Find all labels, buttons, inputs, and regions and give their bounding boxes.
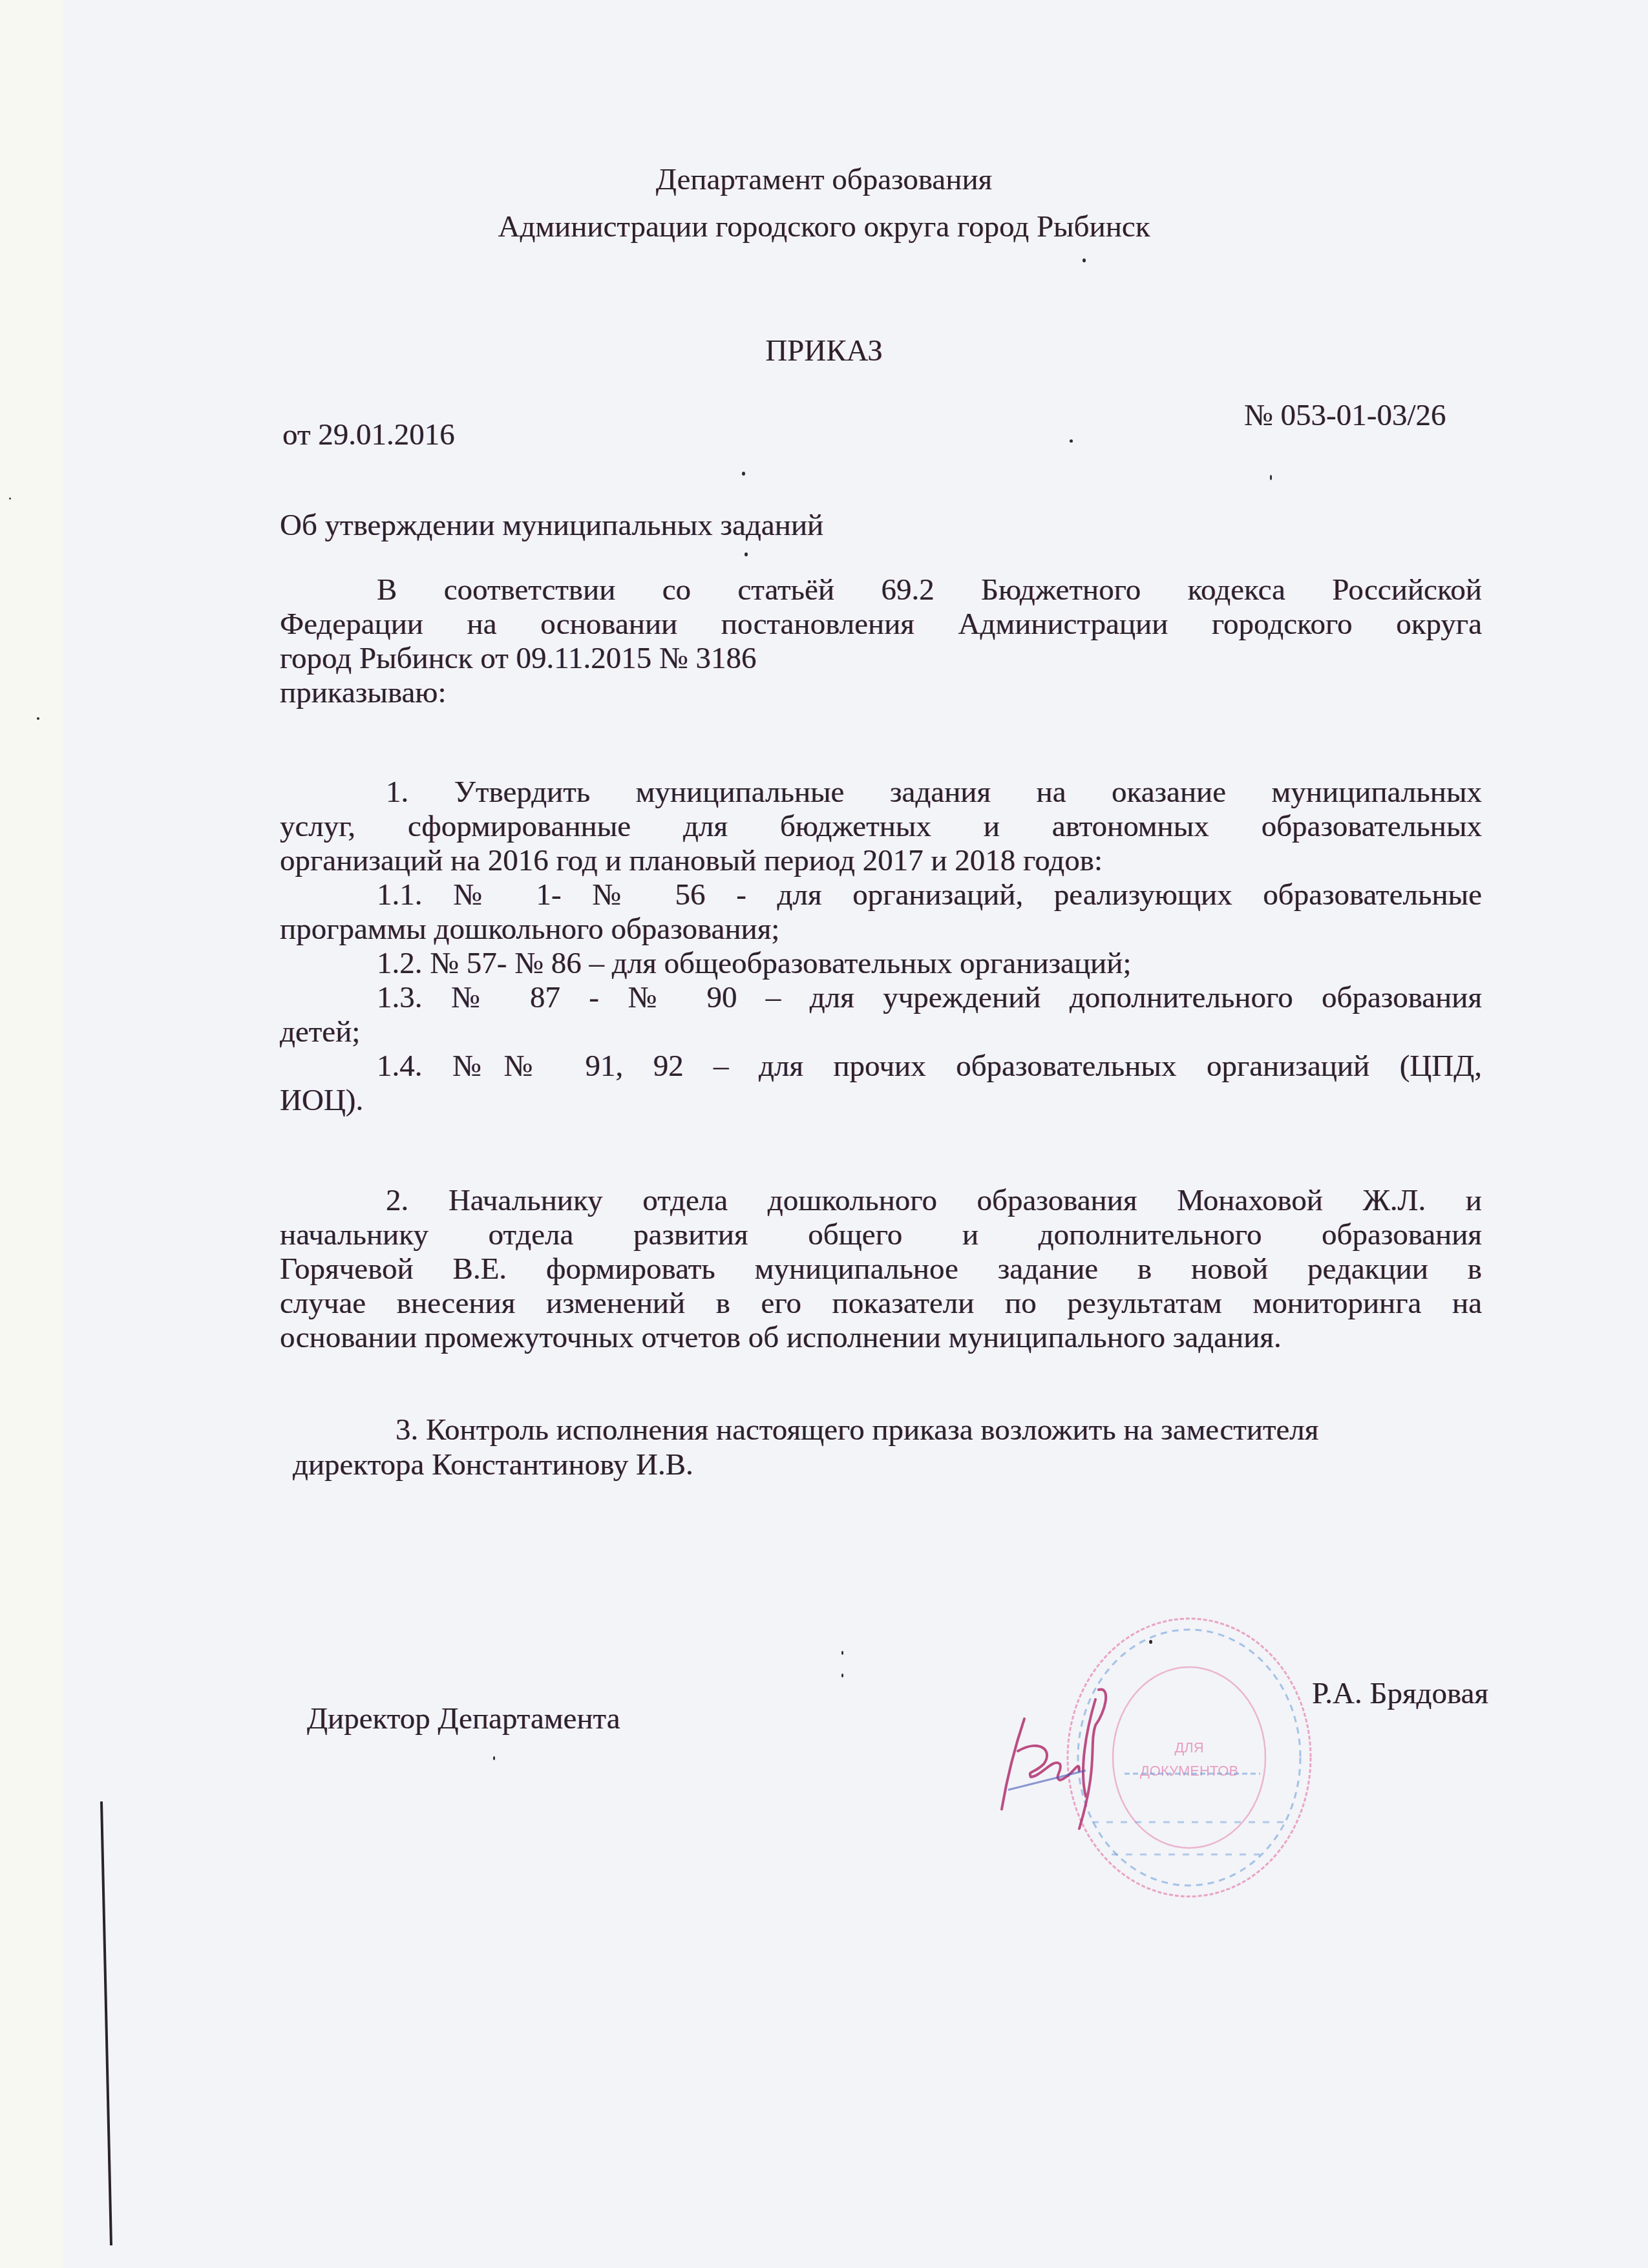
stamp-text-line1: ДЛЯ bbox=[1174, 1739, 1203, 1756]
item2-line-4: случае внесения изменений в его показате… bbox=[280, 1288, 1482, 1319]
item1-4-line-1: 1.4. №№ 91, 92 – для прочих образователь… bbox=[377, 1051, 1482, 1082]
item2-line-3: Горячевой В.Е. формировать муниципальное… bbox=[280, 1254, 1482, 1285]
item1-line-1: 1. Утвердить муниципальные задания на ок… bbox=[386, 777, 1482, 808]
item1-4-line-2: ИОЦ). bbox=[280, 1086, 363, 1116]
document-date: от 29.01.2016 bbox=[282, 420, 455, 450]
item1-line-2: услуг, сформированные для бюджетных и ав… bbox=[280, 812, 1482, 842]
document-subject: Об утверждении муниципальных заданий bbox=[280, 510, 823, 541]
scan-speck bbox=[1149, 1640, 1152, 1644]
scan-speck bbox=[841, 1674, 843, 1677]
handwritten-signature bbox=[982, 1680, 1176, 1842]
signatory-name: Р.А. Брядовая bbox=[1312, 1679, 1488, 1709]
item1-3-line-2: детей; bbox=[280, 1017, 360, 1047]
scan-speck bbox=[9, 498, 11, 499]
scan-speck bbox=[776, 792, 778, 797]
item3-line-2: директора Константинову И.В. bbox=[293, 1450, 693, 1480]
preamble-line-2: Федерации на основании постановления Адм… bbox=[280, 609, 1482, 640]
item1-line-3: организаций на 2016 год и плановый перио… bbox=[280, 846, 1103, 876]
item1-3-line-1: 1.3. № 87 - № 90 – для учреждений дополн… bbox=[377, 983, 1482, 1013]
scan-speck bbox=[841, 1651, 843, 1655]
scan-margin-line bbox=[90, 1796, 116, 2249]
item1-2-line-1: 1.2. № 57- № 86 – для общеобразовательны… bbox=[377, 949, 1131, 979]
scan-speck bbox=[1083, 258, 1086, 262]
item2-line-2: начальнику отдела развития общего и допо… bbox=[280, 1220, 1482, 1250]
scan-speck bbox=[742, 472, 745, 476]
preamble-line-3: город Рыбинск от 09.11.2015 № 3186 bbox=[280, 644, 757, 674]
scan-speck bbox=[1270, 475, 1272, 480]
scan-speck bbox=[37, 717, 39, 720]
order-word: приказываю: bbox=[280, 678, 447, 708]
scan-speck bbox=[745, 552, 748, 556]
document-number: № 053-01-03/26 bbox=[1244, 401, 1446, 431]
item2-line-5: основании промежуточных отчетов об испол… bbox=[280, 1323, 1282, 1353]
document-type-title: ПРИКАЗ bbox=[0, 336, 1648, 366]
item3-line-1: 3. Контроль исполнения настоящего приказ… bbox=[396, 1415, 1318, 1445]
item1-1-line-1: 1.1. № 1- № 56 - для организаций, реализ… bbox=[377, 880, 1482, 910]
scan-speck bbox=[1070, 439, 1073, 443]
item2-line-1: 2. Начальнику отдела дошкольного образов… bbox=[386, 1186, 1482, 1216]
scan-speck bbox=[493, 1756, 495, 1760]
preamble-line-1: В соответствии со статьёй 69.2 Бюджетног… bbox=[377, 575, 1482, 605]
item1-1-line-2: программы дошкольного образования; bbox=[280, 914, 779, 945]
signatory-position: Директор Департамента bbox=[307, 1704, 620, 1734]
org-name-line1: Департамент образования bbox=[0, 165, 1648, 195]
org-name-line2: Администрации городского округа город Ры… bbox=[0, 212, 1648, 242]
